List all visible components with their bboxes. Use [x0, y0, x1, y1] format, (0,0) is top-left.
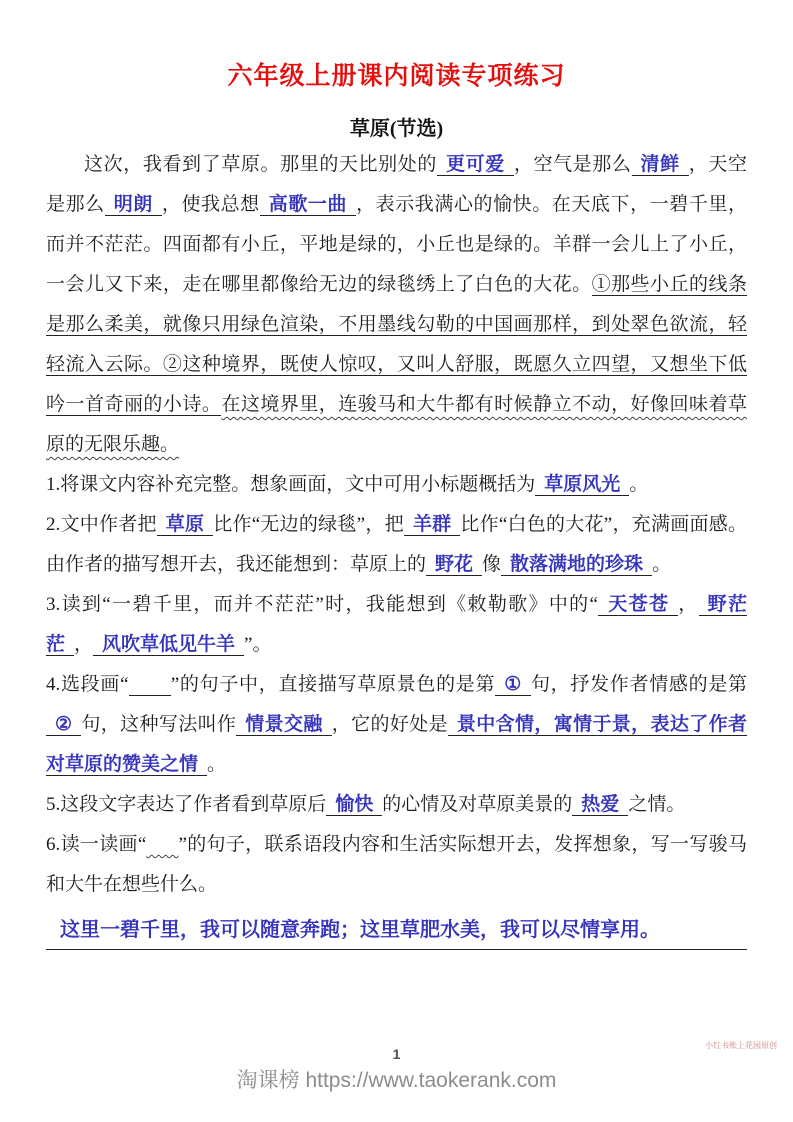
filled-answer: 更可爱 [437, 154, 514, 176]
text-segment: 句，抒发作者情感的是第 [531, 674, 747, 695]
filled-answer: 羊群 [404, 514, 461, 536]
text-segment: 句，这种写法叫作 [81, 714, 236, 735]
filled-answer: 情景交融 [236, 714, 331, 736]
text-segment: 之情。 [628, 794, 685, 815]
filled-answer: 这里一碧千里，我可以随意奔跑；这里草肥水美，我可以尽情享用。 [60, 919, 660, 941]
page-title: 六年级上册课内阅读专项练习 [46, 56, 747, 92]
text-segment: 2.文中作者把 [46, 514, 157, 535]
text-segment: ”。 [244, 634, 271, 655]
question-5: 5.这段文字表达了作者看到草原后愉快的心情及对草原美景的热爱之情。 [46, 785, 747, 825]
site-watermark: 淘课榜 https://www.taokerank.com [0, 1064, 793, 1094]
text-segment: 4.选段画“ [46, 674, 129, 695]
text-segment: ，使我总想 [162, 194, 260, 215]
filled-answer: 风吹草低见牛羊 [93, 634, 244, 656]
text-segment: 。 [629, 474, 648, 495]
page-number: 1 [0, 1046, 793, 1062]
filled-answer: 草原 [157, 514, 214, 536]
filled-answer: 野花 [426, 554, 482, 576]
filled-answer: 明朗 [105, 194, 162, 216]
text-segment: ，空气是那么 [514, 154, 632, 175]
question-3: 3.读到“一碧千里，而并不茫茫”时，我能想到《敕勒歌》中的“天苍苍，野茫茫，风吹… [46, 585, 747, 665]
filled-answer: 热爱 [572, 794, 628, 816]
text-segment: ，它的好处是 [332, 714, 448, 735]
question-6: 6.读一读画“ ”的句子，联系语段内容和生活实际想开去，发挥想象，写一写骏马和大… [46, 825, 747, 905]
text-segment: 的心情及对草原美景的 [382, 794, 572, 815]
filled-answer: ② [46, 714, 81, 736]
question-1: 1.将课文内容补充完整。想象画面，文中可用小标题概括为草原风光。 [46, 465, 747, 505]
text-segment: 像 [482, 554, 501, 575]
text-segment: ”的句子中，直接描写草原景色的是第 [171, 674, 495, 695]
blank-mark [146, 834, 178, 855]
text-segment: 6.读一读画“ [46, 834, 146, 855]
text-segment: 3.读到“一碧千里，而并不茫茫”时，我能想到《敕勒歌》中的“ [46, 594, 598, 615]
student-answer-line: 这里一碧千里，我可以随意奔跑；这里草肥水美，我可以尽情享用。 [46, 911, 747, 950]
passage-title: 草原(节选) [46, 112, 747, 141]
filled-answer: 天苍苍 [598, 594, 678, 616]
blank-mark [129, 674, 171, 696]
filled-answer: 散落满地的珍珠 [501, 554, 652, 576]
text-segment: 。 [652, 554, 671, 575]
reading-passage: 这次，我看到了草原。那里的天比别处的更可爱，空气是那么清鲜，天空是那么明朗，使我… [46, 145, 747, 465]
filled-answer: 草原风光 [535, 474, 629, 496]
text-segment: 。 [207, 754, 226, 775]
text-segment: 这次，我看到了草原。那里的天比别处的 [84, 154, 437, 175]
filled-answer: 高歌一曲 [260, 194, 356, 216]
text-segment: ， [678, 594, 698, 615]
text-segment: 5.这段文字表达了作者看到草原后 [46, 794, 326, 815]
filled-answer: 愉快 [326, 794, 382, 816]
question-2: 2.文中作者把草原比作“无边的绿毯”，把羊群比作“白色的大花”，充满画面感。由作… [46, 505, 747, 585]
text-segment: 1.将课文内容补充完整。想象画面，文中可用小标题概括为 [46, 474, 535, 495]
filled-answer: ① [495, 674, 531, 696]
worksheet-page: 六年级上册课内阅读专项练习 草原(节选) 这次，我看到了草原。那里的天比别处的更… [0, 0, 793, 1122]
text-segment: ， [74, 634, 93, 655]
text-segment: 比作“无边的绿毯”，把 [213, 514, 404, 535]
question-4: 4.选段画“ ”的句子中，直接描写草原景色的是第①句，抒发作者情感的是第②句，这… [46, 665, 747, 785]
filled-answer: 清鲜 [632, 154, 689, 176]
